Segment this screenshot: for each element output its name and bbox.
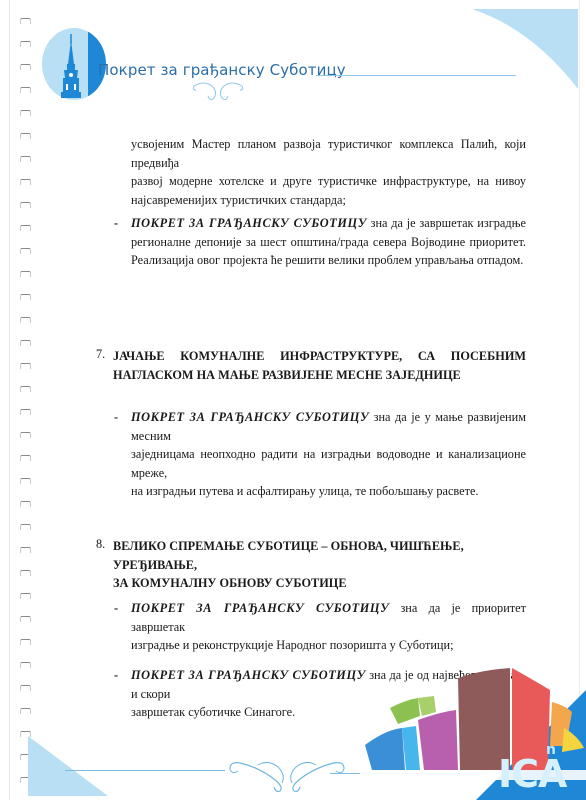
binder-hole bbox=[20, 662, 31, 668]
section-8-bullet-theatre: ПОКРЕТ ЗА ГРАЂАНСКУ СУБОТИЦУ зна да је п… bbox=[131, 599, 526, 655]
binder-hole bbox=[20, 41, 31, 47]
bullet-dash: - bbox=[114, 668, 118, 683]
binder-hole bbox=[20, 317, 31, 323]
binder-hole bbox=[20, 340, 31, 346]
heading-line: ЈАЧАЊЕ КОМУНАЛНЕ ИНФРАСТРУКТУРЕ, СА ПОСЕ… bbox=[113, 347, 526, 366]
binder-hole bbox=[20, 87, 31, 93]
bullet-depot: ПОКРЕТ ЗА ГРАЂАНСКУ СУБОТИЦУ зна да је з… bbox=[131, 214, 526, 270]
church-tower-icon bbox=[58, 34, 84, 100]
binder-hole bbox=[20, 524, 31, 530]
binder-hole bbox=[20, 432, 31, 438]
bullet-lead: ПОКРЕТ ЗА ГРАЂАНСКУ СУБОТИЦУ bbox=[131, 601, 389, 615]
binder-hole bbox=[20, 64, 31, 70]
text-line: усвојеним Мастер планом развоја туристич… bbox=[131, 135, 526, 172]
binder-hole bbox=[20, 133, 31, 139]
binder-hole bbox=[20, 18, 31, 24]
binder-hole bbox=[20, 616, 31, 622]
section-7-bullet: ПОКРЕТ ЗА ГРАЂАНСКУ СУБОТИЦУ зна да је у… bbox=[131, 408, 526, 501]
corner-decoration-bottom bbox=[28, 736, 108, 796]
footer-divider-left bbox=[65, 770, 225, 771]
section-8-number: 8. bbox=[96, 537, 105, 552]
binder-hole bbox=[20, 708, 31, 714]
binder-hole bbox=[20, 685, 31, 691]
text-line: Реализација овог пројекта ће решити вели… bbox=[131, 251, 526, 270]
brand-name: Покрет за грађанску Суботицу bbox=[98, 61, 346, 79]
section-7-title: ЈАЧАЊЕ КОМУНАЛНЕ ИНФРАСТРУКТУРЕ, СА ПОСЕ… bbox=[113, 347, 526, 384]
intro-paragraph: усвојеним Мастер планом развоја туристич… bbox=[131, 135, 526, 209]
flourish-ornament-icon bbox=[228, 757, 346, 793]
text-line: на изградњи путева и асфалтирању улица, … bbox=[131, 482, 526, 501]
text-line: најсавременијих туристичких стандарда; bbox=[131, 191, 526, 210]
bullet-lead: ПОКРЕТ ЗА ГРАЂАНСКУ СУБОТИЦУ bbox=[131, 668, 366, 682]
watermark-text-big: ICA bbox=[498, 752, 566, 796]
binder-hole bbox=[20, 409, 31, 415]
binder-hole bbox=[20, 294, 31, 300]
binder-hole bbox=[20, 478, 31, 484]
binder-hole bbox=[20, 639, 31, 645]
bullet-lead: ПОКРЕТ ЗА ГРАЂАНСКУ СУБОТИЦУ bbox=[131, 410, 369, 424]
binder-hole bbox=[20, 547, 31, 553]
binder-hole bbox=[20, 593, 31, 599]
text-line: заједницама неопходно радити на изградњи… bbox=[131, 445, 526, 482]
section-8-title: ВЕЛИКО СПРЕМАЊЕ СУБОТИЦЕ – ОБНОВА, ЧИШЋЕ… bbox=[113, 537, 533, 593]
heading-line: НАГЛАСКОМ НА МАЊЕ РАЗВИЈЕНЕ МЕСНЕ ЗАЈЕДН… bbox=[113, 366, 526, 385]
binder-hole bbox=[20, 271, 31, 277]
binder-hole bbox=[20, 363, 31, 369]
text-line: изградње и реконструкције Народног позор… bbox=[131, 636, 526, 655]
binder-hole bbox=[20, 386, 31, 392]
binder-hole bbox=[20, 156, 31, 162]
bullet-lead: ПОКРЕТ ЗА ГРАЂАНСКУ СУБОТИЦУ bbox=[131, 216, 367, 230]
binder-hole bbox=[20, 455, 31, 461]
binder-hole bbox=[20, 248, 31, 254]
binder-hole bbox=[20, 225, 31, 231]
binder-hole bbox=[20, 501, 31, 507]
binder-hole bbox=[20, 570, 31, 576]
binder-hole bbox=[20, 110, 31, 116]
binder-holes bbox=[20, 14, 34, 800]
heading-line: ВЕЛИКО СПРЕМАЊЕ СУБОТИЦЕ – ОБНОВА, ЧИШЋЕ… bbox=[113, 537, 533, 574]
page-edge bbox=[9, 0, 10, 800]
binder-hole bbox=[20, 179, 31, 185]
corner-decoration bbox=[472, 9, 578, 89]
text-line: ПОКРЕТ ЗА ГРАЂАНСКУ СУБОТИЦУ зна да је у… bbox=[131, 408, 526, 445]
text-line: ПОКРЕТ ЗА ГРАЂАНСКУ СУБОТИЦУ зна да је п… bbox=[131, 599, 526, 636]
text-line: ПОКРЕТ ЗА ГРАЂАНСКУ СУБОТИЦУ зна да је з… bbox=[131, 214, 526, 233]
flourish-ornament-icon bbox=[190, 78, 246, 102]
bullet-dash: - bbox=[114, 216, 118, 231]
section-7-number: 7. bbox=[96, 347, 105, 362]
heading-line: ЗА КОМУНАЛНУ ОБНОВУ СУБОТИЦЕ bbox=[113, 574, 533, 593]
binder-hole bbox=[20, 202, 31, 208]
bullet-dash: - bbox=[114, 601, 118, 616]
text-line: развој модерне хотелске и друге туристич… bbox=[131, 172, 526, 191]
bullet-dash: - bbox=[114, 410, 118, 425]
text-line: регионалне депоније за шест општина/град… bbox=[131, 233, 526, 252]
